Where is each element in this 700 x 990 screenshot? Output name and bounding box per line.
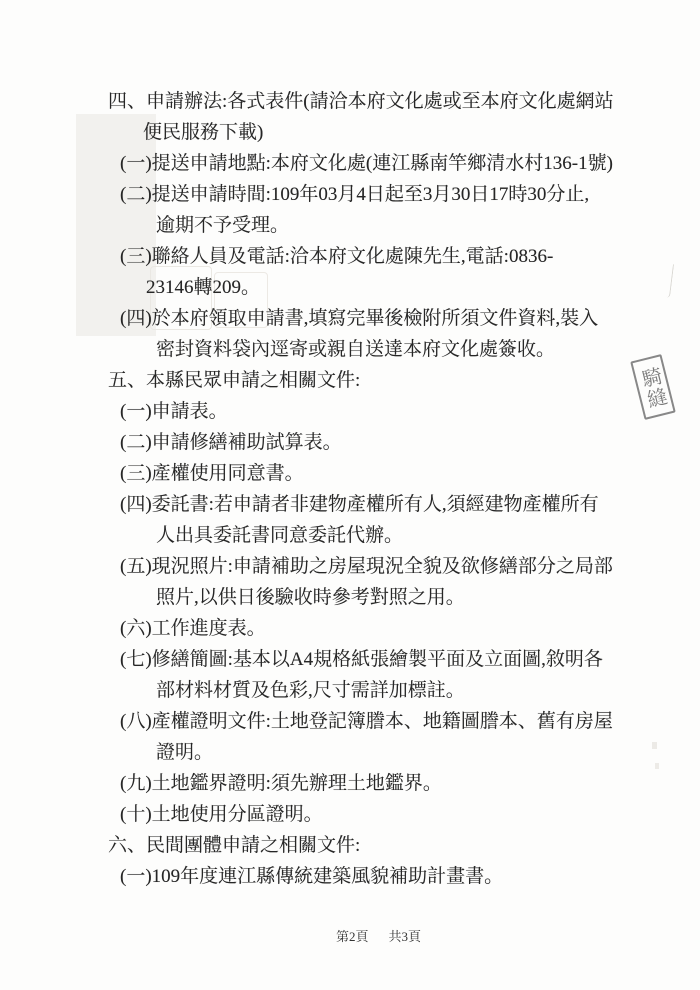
doc-line: 部材料材質及色彩,尺寸需詳加標註。 (0, 675, 700, 706)
page-number-label: 第2頁 (336, 929, 369, 944)
doc-line: (八)產權證明文件:土地登記簿謄本、地籍圖謄本、舊有房屋 (0, 706, 700, 737)
doc-line: 照片,以供日後驗收時參考對照之用。 (0, 582, 700, 613)
doc-line: (一)提送申請地點:本府文化處(連江縣南竿鄉清水村136-1號) (0, 148, 700, 179)
doc-line: 便民服務下載) (0, 117, 700, 148)
doc-line: (九)土地鑑界證明:須先辦理土地鑑界。 (0, 768, 700, 799)
doc-line: 23146轉209。 (0, 272, 700, 303)
doc-line: (十)土地使用分區證明。 (0, 799, 700, 830)
doc-line: (七)修繕簡圖:基本以A4規格紙張繪製平面及立面圖,敘明各 (0, 644, 700, 675)
doc-line-section-4-heading: 四、申請辦法:各式表件(請洽本府文化處或至本府文化處網站 (0, 86, 700, 117)
document-body: 四、申請辦法:各式表件(請洽本府文化處或至本府文化處網站 便民服務下載) (一)… (0, 86, 700, 892)
doc-line: 密封資料袋內逕寄或親自送達本府文化處簽收。 (0, 334, 700, 365)
doc-line: 證明。 (0, 737, 700, 768)
doc-line: (三)產權使用同意書。 (0, 458, 700, 489)
scanned-document-page: 四、申請辦法:各式表件(請洽本府文化處或至本府文化處網站 便民服務下載) (一)… (0, 0, 700, 990)
doc-line: (一)申請表。 (0, 396, 700, 427)
doc-line: (二)申請修繕補助試算表。 (0, 427, 700, 458)
total-pages-label: 共3頁 (389, 929, 422, 944)
doc-line: (五)現況照片:申請補助之房屋現況全貌及欲修繕部分之局部 (0, 551, 700, 582)
doc-line: 人出具委託書同意委託代辦。 (0, 520, 700, 551)
doc-line: (一)109年度連江縣傳統建築風貌補助計畫書。 (0, 861, 700, 892)
doc-line: (四)於本府領取申請書,填寫完畢後檢附所須文件資料,裝入 (0, 303, 700, 334)
doc-line: (六)工作進度表。 (0, 613, 700, 644)
doc-line: (二)提送申請時間:109年03月4日起至3月30日17時30分止, (0, 179, 700, 210)
doc-line: (四)委託書:若申請者非建物產權所有人,須經建物產權所有 (0, 489, 700, 520)
doc-line: 逾期不予受理。 (0, 210, 700, 241)
page-footer: 第2頁共3頁 (336, 929, 421, 944)
doc-line-section-5-heading: 五、本縣民眾申請之相關文件: (0, 365, 700, 396)
doc-line: (三)聯絡人員及電話:洽本府文化處陳先生,電話:0836- (0, 241, 700, 272)
doc-line-section-6-heading: 六、民間團體申請之相關文件: (0, 830, 700, 861)
